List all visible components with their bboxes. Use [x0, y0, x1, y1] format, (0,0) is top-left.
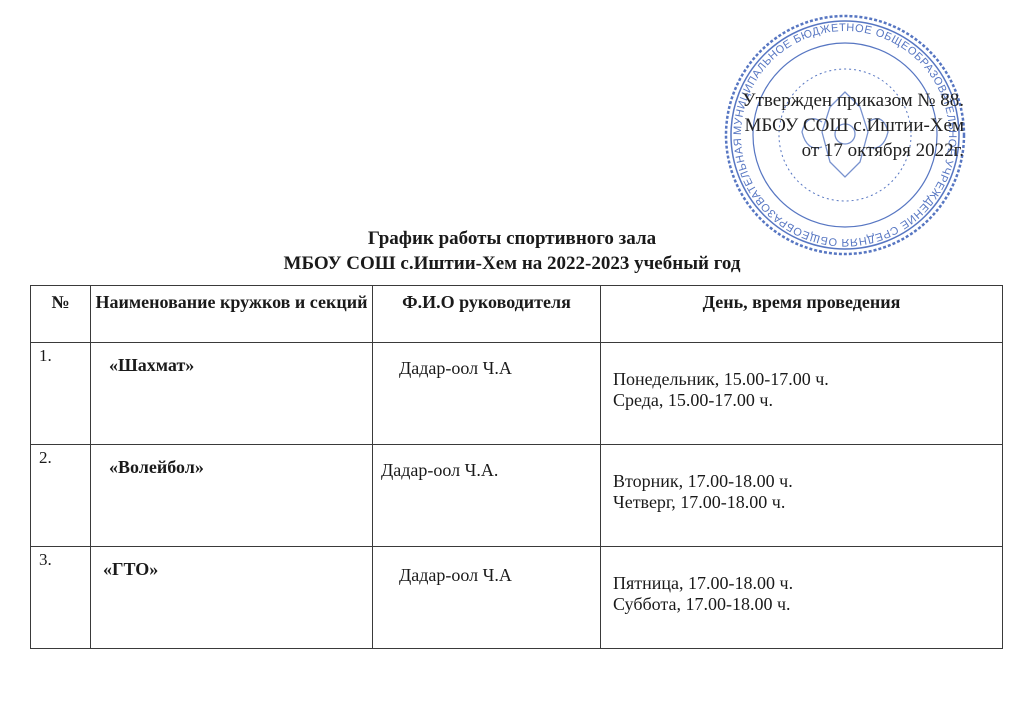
schedule-table: № Наименование кружков и секций Ф.И.О ру…	[30, 285, 1003, 649]
schedule-times: Пятница, 17.00-18.00 ч. Суббота, 17.00-1…	[601, 547, 1002, 615]
document-page: МУНИЦИПАЛЬНОЕ БЮДЖЕТНОЕ ОБЩЕОБРАЗОВАТЕЛЬ…	[0, 0, 1024, 710]
schedule-line: Пятница, 17.00-18.00 ч.	[613, 573, 1002, 594]
header-leader: Ф.И.О руководителя	[373, 286, 601, 343]
leader-name: Дадар-оол Ч.А	[373, 547, 600, 586]
schedule-line: Четверг, 17.00-18.00 ч.	[613, 492, 1002, 513]
schedule-line: Суббота, 17.00-18.00 ч.	[613, 594, 1002, 615]
approval-date-line: от 17 октября 2022г.	[742, 138, 964, 163]
schedule-line: Вторник, 17.00-18.00 ч.	[613, 471, 1002, 492]
row-number: 3.	[31, 547, 90, 570]
row-number: 1.	[31, 343, 90, 366]
section-name: «Волейбол»	[91, 445, 372, 478]
approval-order-line: Утвержден приказом № 88.	[742, 88, 964, 113]
schedule-times: Вторник, 17.00-18.00 ч. Четверг, 17.00-1…	[601, 445, 1002, 513]
schedule-line: Понедельник, 15.00-17.00 ч.	[613, 369, 1002, 390]
schedule-line: Среда, 15.00-17.00 ч.	[613, 390, 1002, 411]
title-line-2: МБОУ СОШ с.Иштии-Хем на 2022-2023 учебны…	[0, 251, 1024, 276]
document-title: График работы спортивного зала МБОУ СОШ …	[0, 226, 1024, 276]
header-section-name: Наименование кружков и секций	[91, 286, 373, 343]
table-row: 3. «ГТО» Дадар-оол Ч.А Пятница, 17.00-18…	[31, 547, 1003, 649]
section-name: «ГТО»	[91, 547, 372, 580]
table-row: 1. «Шахмат» Дадар-оол Ч.А Понедельник, 1…	[31, 343, 1003, 445]
table-header-row: № Наименование кружков и секций Ф.И.О ру…	[31, 286, 1003, 343]
title-line-1: График работы спортивного зала	[0, 226, 1024, 251]
approval-school-line: МБОУ СОШ с.Иштии-Хем	[742, 113, 964, 138]
header-schedule: День, время проведения	[601, 286, 1003, 343]
schedule-times: Понедельник, 15.00-17.00 ч. Среда, 15.00…	[601, 343, 1002, 411]
approval-block: Утвержден приказом № 88. МБОУ СОШ с.Ишти…	[742, 88, 964, 163]
header-number: №	[31, 286, 91, 343]
leader-name: Дадар-оол Ч.А.	[373, 445, 600, 481]
leader-name: Дадар-оол Ч.А	[373, 343, 600, 379]
row-number: 2.	[31, 445, 90, 468]
table-row: 2. «Волейбол» Дадар-оол Ч.А. Вторник, 17…	[31, 445, 1003, 547]
section-name: «Шахмат»	[91, 343, 372, 376]
